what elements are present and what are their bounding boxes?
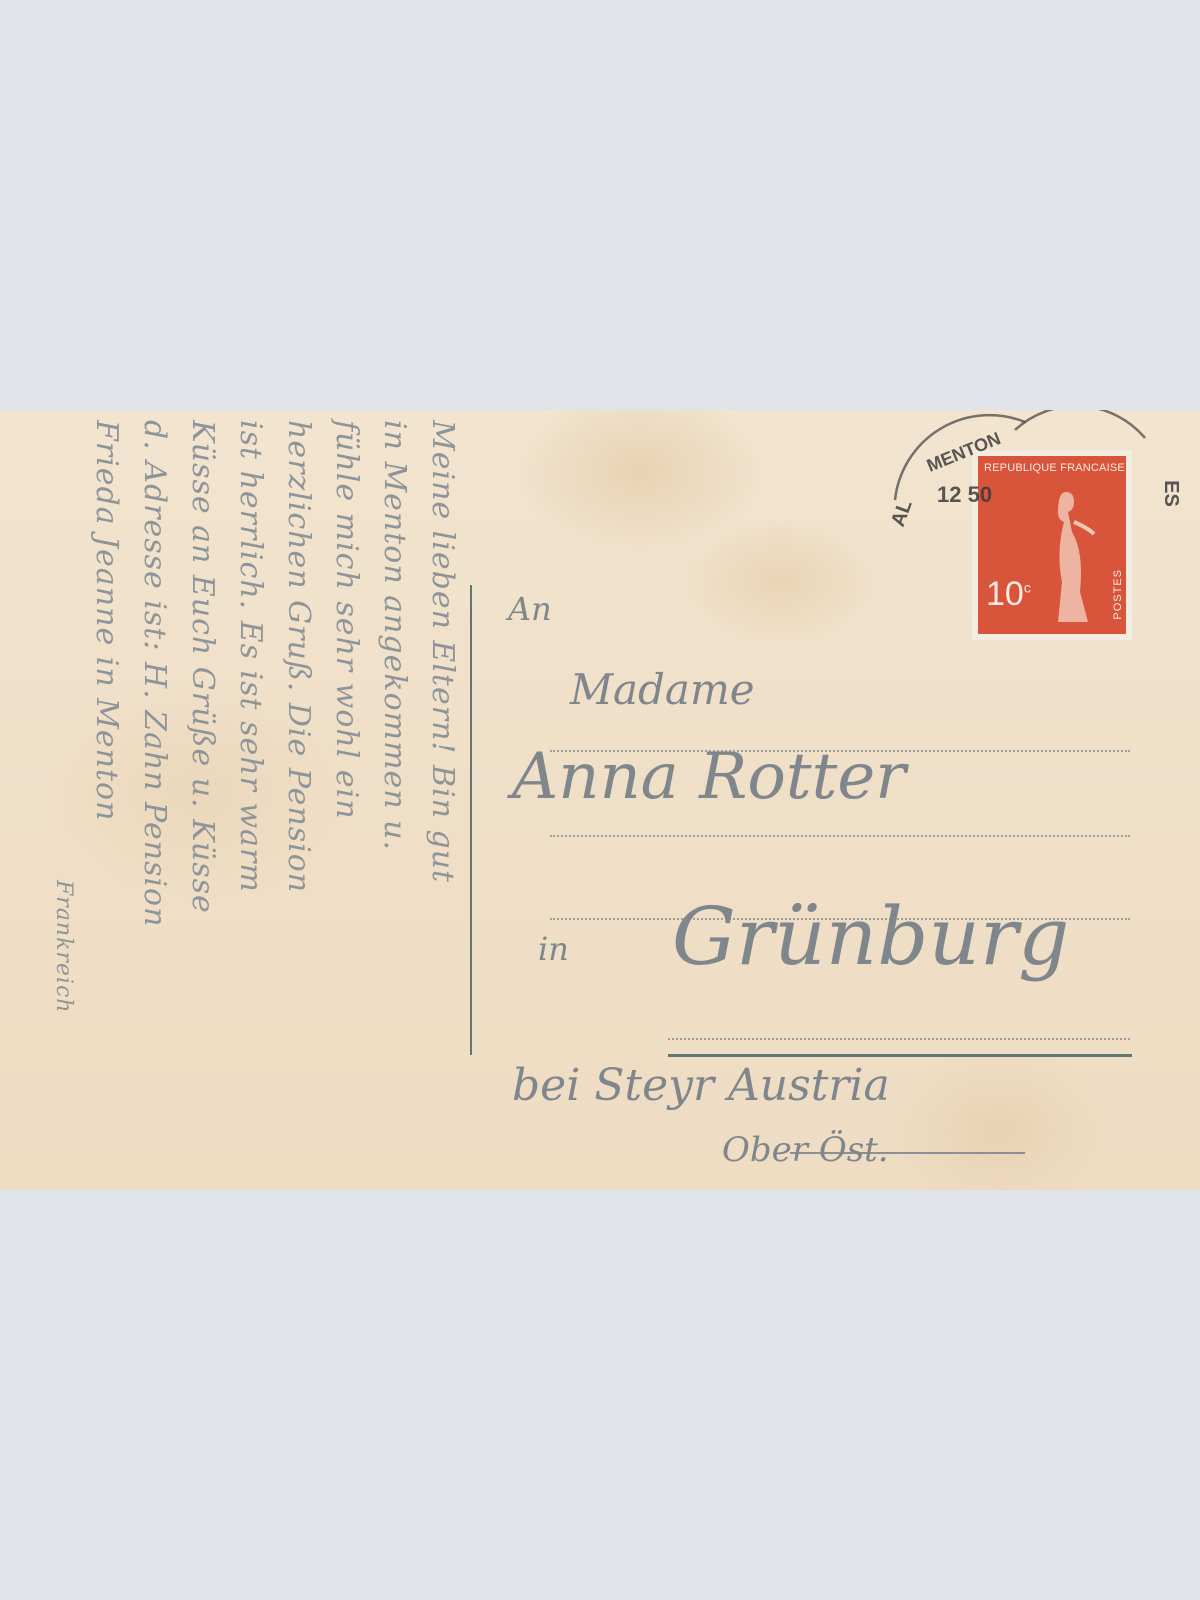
stamp-country: REPUBLIQUE FRANCAISE bbox=[984, 462, 1125, 474]
divider-line bbox=[470, 585, 472, 1055]
address-city: Grünburg bbox=[672, 890, 1069, 983]
stamp-value: 10c bbox=[986, 575, 1031, 614]
message-line: Meine lieben Eltern! Bin gut bbox=[425, 420, 460, 883]
message-line: Frieda Jeanne in Menton bbox=[89, 420, 124, 821]
address-dotted-line bbox=[668, 1038, 1130, 1040]
message-line: Frankreich bbox=[51, 880, 76, 1013]
message-line: herzlichen Gruß. Die Pension bbox=[281, 420, 316, 893]
sower-figure-icon bbox=[1036, 482, 1096, 632]
postcard: Meine lieben Eltern! Bin gut in Menton a… bbox=[0, 410, 1200, 1190]
message-line: fühle mich sehr wohl ein bbox=[329, 420, 364, 820]
postmark-side-right: ES bbox=[1159, 480, 1182, 507]
handwritten-message: Meine lieben Eltern! Bin gut in Menton a… bbox=[20, 420, 460, 1180]
address-subregion: Ober Öst. bbox=[722, 1130, 889, 1170]
address-solid-line bbox=[668, 1054, 1132, 1057]
message-line: d. Adresse ist: H. Zahn Pension bbox=[137, 420, 172, 927]
address-in: in bbox=[538, 930, 569, 968]
address-dotted-line bbox=[550, 835, 1130, 837]
address-title: Madame bbox=[570, 665, 755, 714]
stamp-label: POSTES bbox=[1112, 569, 1124, 620]
message-line: Küsse an Euch Grüße u. Küsse bbox=[185, 420, 220, 914]
address-region: bei Steyr Austria bbox=[512, 1060, 890, 1111]
address-salutation: An bbox=[508, 590, 552, 628]
message-line: in Menton angekommen u. bbox=[377, 420, 412, 851]
message-line: ist herrlich. Es ist sehr warm bbox=[233, 420, 268, 893]
address-name: Anna Rotter bbox=[512, 740, 906, 814]
postmark-side-left: AL bbox=[887, 497, 918, 530]
postage-stamp: REPUBLIQUE FRANCAISE 10c POSTES bbox=[972, 450, 1132, 640]
